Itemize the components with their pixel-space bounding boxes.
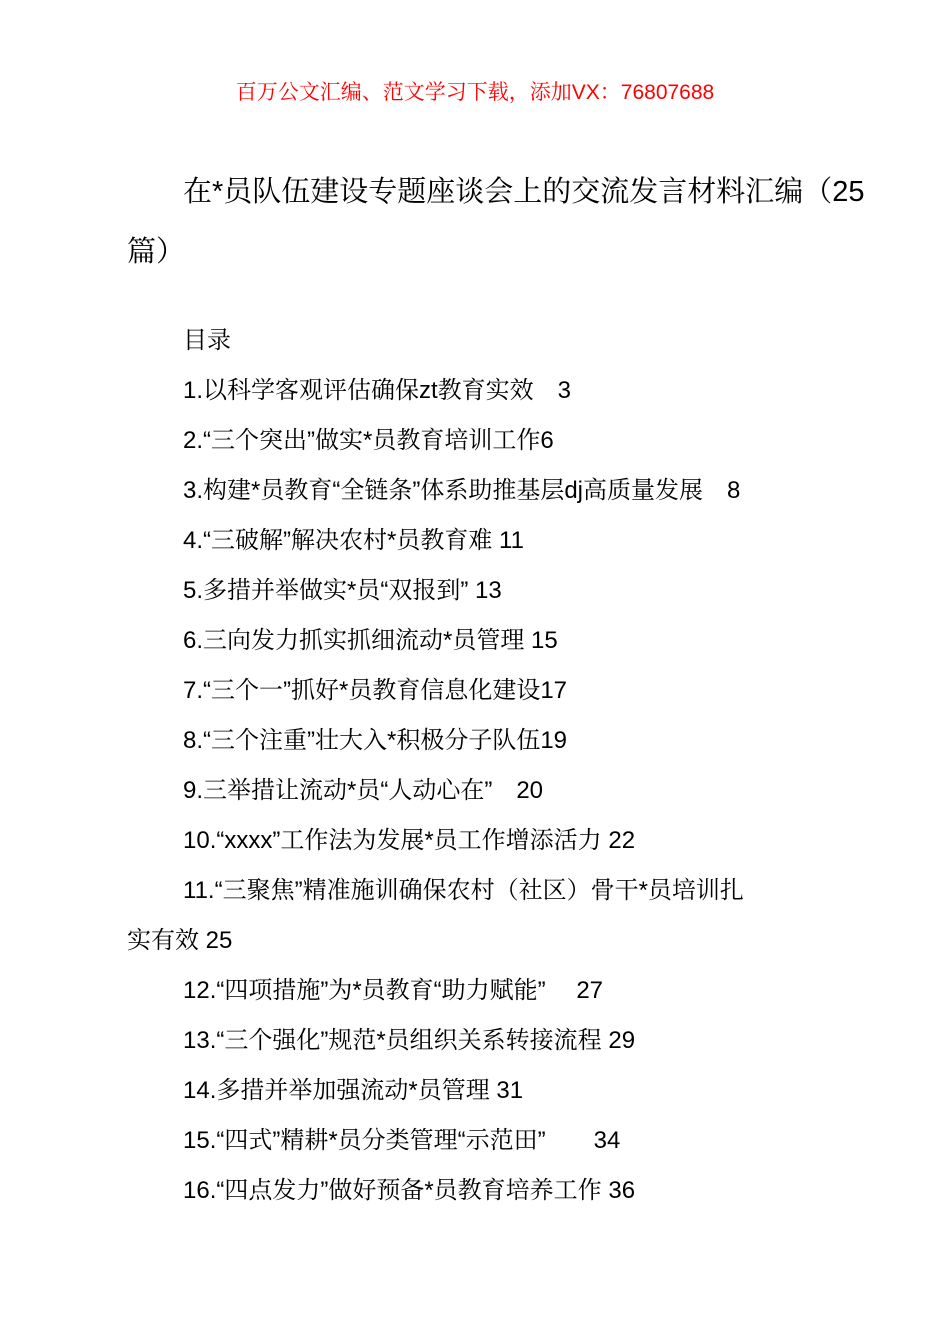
document-body: 在*员队伍建设专题座谈会上的交流发言材料汇编（25 篇） 目录 1.以科学客观评… — [127, 162, 823, 1216]
toc-entry-7: 7.“三个一”抓好*员教育信息化建设17 — [127, 666, 823, 716]
toc-entry-13: 13.“三个强化”规范*员组织关系转接流程 29 — [127, 1016, 823, 1066]
toc-entry-14: 14.多措并举加强流动*员管理 31 — [127, 1066, 823, 1116]
toc-entry-3: 3.构建*员教育“全链条”体系助推基层dj高质量发展 8 — [127, 466, 823, 516]
toc-entry-15: 15.“四式”精耕*员分类管理“示范田” 34 — [127, 1116, 823, 1166]
toc-entry-9: 9.三举措让流动*员“人动心在” 20 — [127, 766, 823, 816]
toc-entry-11-line-1: 11.“三聚焦”精准施训确保农村（社区）骨干*员培训扎 — [127, 866, 823, 916]
toc-entry-5: 5.多措并举做实*员“双报到” 13 — [127, 566, 823, 616]
toc-entry-6: 6.三向发力抓实抓细流动*员管理 15 — [127, 616, 823, 666]
toc-entry-4: 4.“三破解”解决农村*员教育难 11 — [127, 516, 823, 566]
document-title: 在*员队伍建设专题座谈会上的交流发言材料汇编（25 篇） — [127, 162, 823, 282]
toc-entry-12: 12.“四项措施”为*员教育“助力赋能” 27 — [127, 966, 823, 1016]
toc-entry-11-line-2: 实有效 25 — [127, 916, 823, 966]
document-page: 百万公文汇编、范文学习下载，添加VX：76807688 在*员队伍建设专题座谈会… — [0, 0, 950, 1344]
toc-entry-1: 1.以科学客观评估确保zt教育实效 3 — [127, 366, 823, 416]
header-notice: 百万公文汇编、范文学习下载，添加VX：76807688 — [0, 80, 950, 106]
toc-entry-16: 16.“四点发力”做好预备*员教育培养工作 36 — [127, 1166, 823, 1216]
toc-entry-10: 10.“xxxx”工作法为发展*员工作增添活力 22 — [127, 816, 823, 866]
document-title-line-1: 在*员队伍建设专题座谈会上的交流发言材料汇编（25 — [127, 162, 823, 222]
toc-heading: 目录 — [127, 316, 823, 366]
toc-entry-2: 2.“三个突出”做实*员教育培训工作6 — [127, 416, 823, 466]
document-title-line-2: 篇） — [127, 222, 823, 282]
toc-entry-8: 8.“三个注重”壮大入*积极分子队伍19 — [127, 716, 823, 766]
